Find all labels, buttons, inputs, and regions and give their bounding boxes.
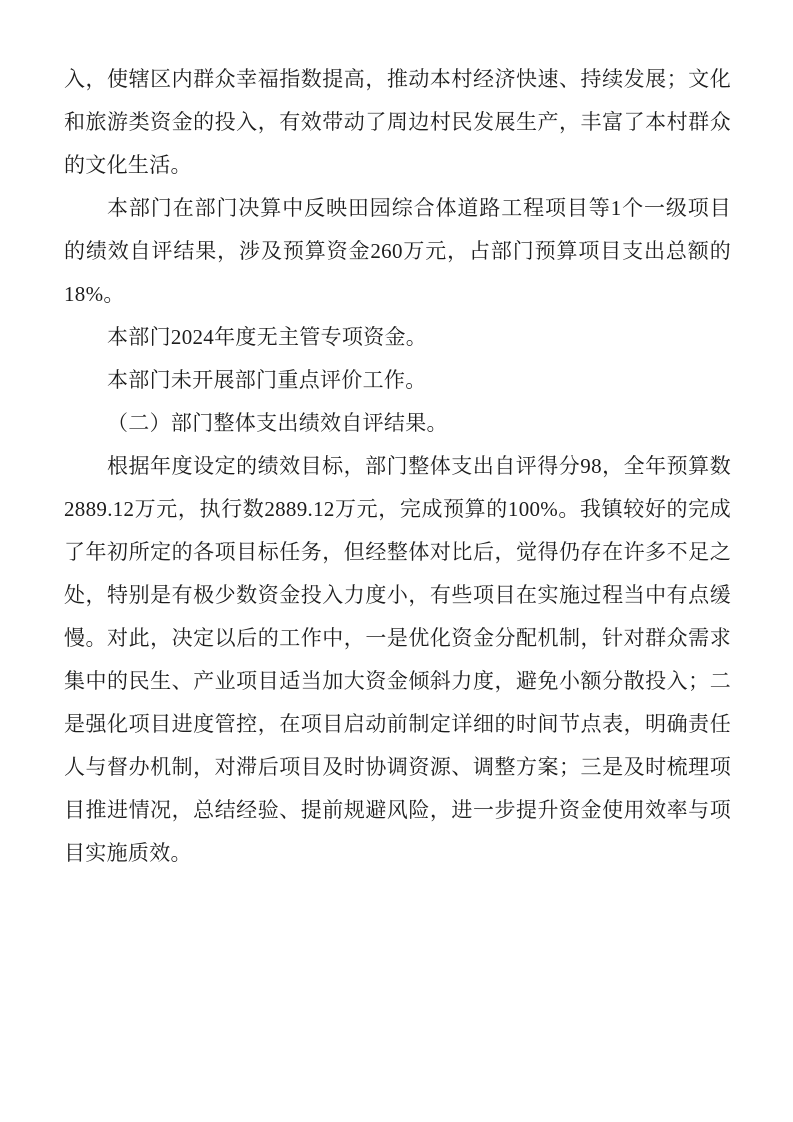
text-line: 慢。对此，决定以后的工作中，一是优化资金分配机制，针对群众需求 (64, 617, 731, 660)
text-line: 本部门在部门决算中反映田园综合体道路工程项目等1个一级项目 (64, 187, 731, 230)
text-line: 人与督办机制，对滞后项目及时协调资源、调整方案；三是及时梳理项 (64, 746, 731, 789)
text-line: 2889.12万元，执行数2889.12万元，完成预算的100%。我镇较好的完成 (64, 488, 731, 531)
text-line: 的绩效自评结果，涉及预算资金260万元，占部门预算项目支出总额的 (64, 230, 731, 273)
text-line: 目推进情况，总结经验、提前规避风险，进一步提升资金使用效率与项 (64, 789, 731, 832)
document-text-block: 入，使辖区内群众幸福指数提高，推动本村经济快速、持续发展；文化和旅游类资金的投入… (64, 58, 731, 875)
text-line: 入，使辖区内群众幸福指数提高，推动本村经济快速、持续发展；文化 (64, 58, 731, 101)
text-line: 了年初所定的各项目标任务，但经整体对比后，觉得仍存在许多不足之 (64, 531, 731, 574)
text-line: 根据年度设定的绩效目标，部门整体支出自评得分98，全年预算数 (64, 445, 731, 488)
text-line: 本部门未开展部门重点评价工作。 (64, 359, 731, 402)
text-line: 本部门2024年度无主管专项资金。 (64, 316, 731, 359)
text-line: 集中的民生、产业项目适当加大资金倾斜力度，避免小额分散投入；二 (64, 660, 731, 703)
text-line: 的文化生活。 (64, 144, 731, 187)
text-line: 18%。 (64, 273, 731, 316)
text-line: 是强化项目进度管控，在项目启动前制定详细的时间节点表，明确责任 (64, 703, 731, 746)
text-line: 目实施质效。 (64, 832, 731, 875)
text-line: 和旅游类资金的投入，有效带动了周边村民发展生产，丰富了本村群众 (64, 101, 731, 144)
document-page: 入，使辖区内群众幸福指数提高，推动本村经济快速、持续发展；文化和旅游类资金的投入… (0, 0, 793, 1122)
text-line: （二）部门整体支出绩效自评结果。 (64, 402, 731, 445)
text-line: 处，特别是有极少数资金投入力度小，有些项目在实施过程当中有点缓 (64, 574, 731, 617)
